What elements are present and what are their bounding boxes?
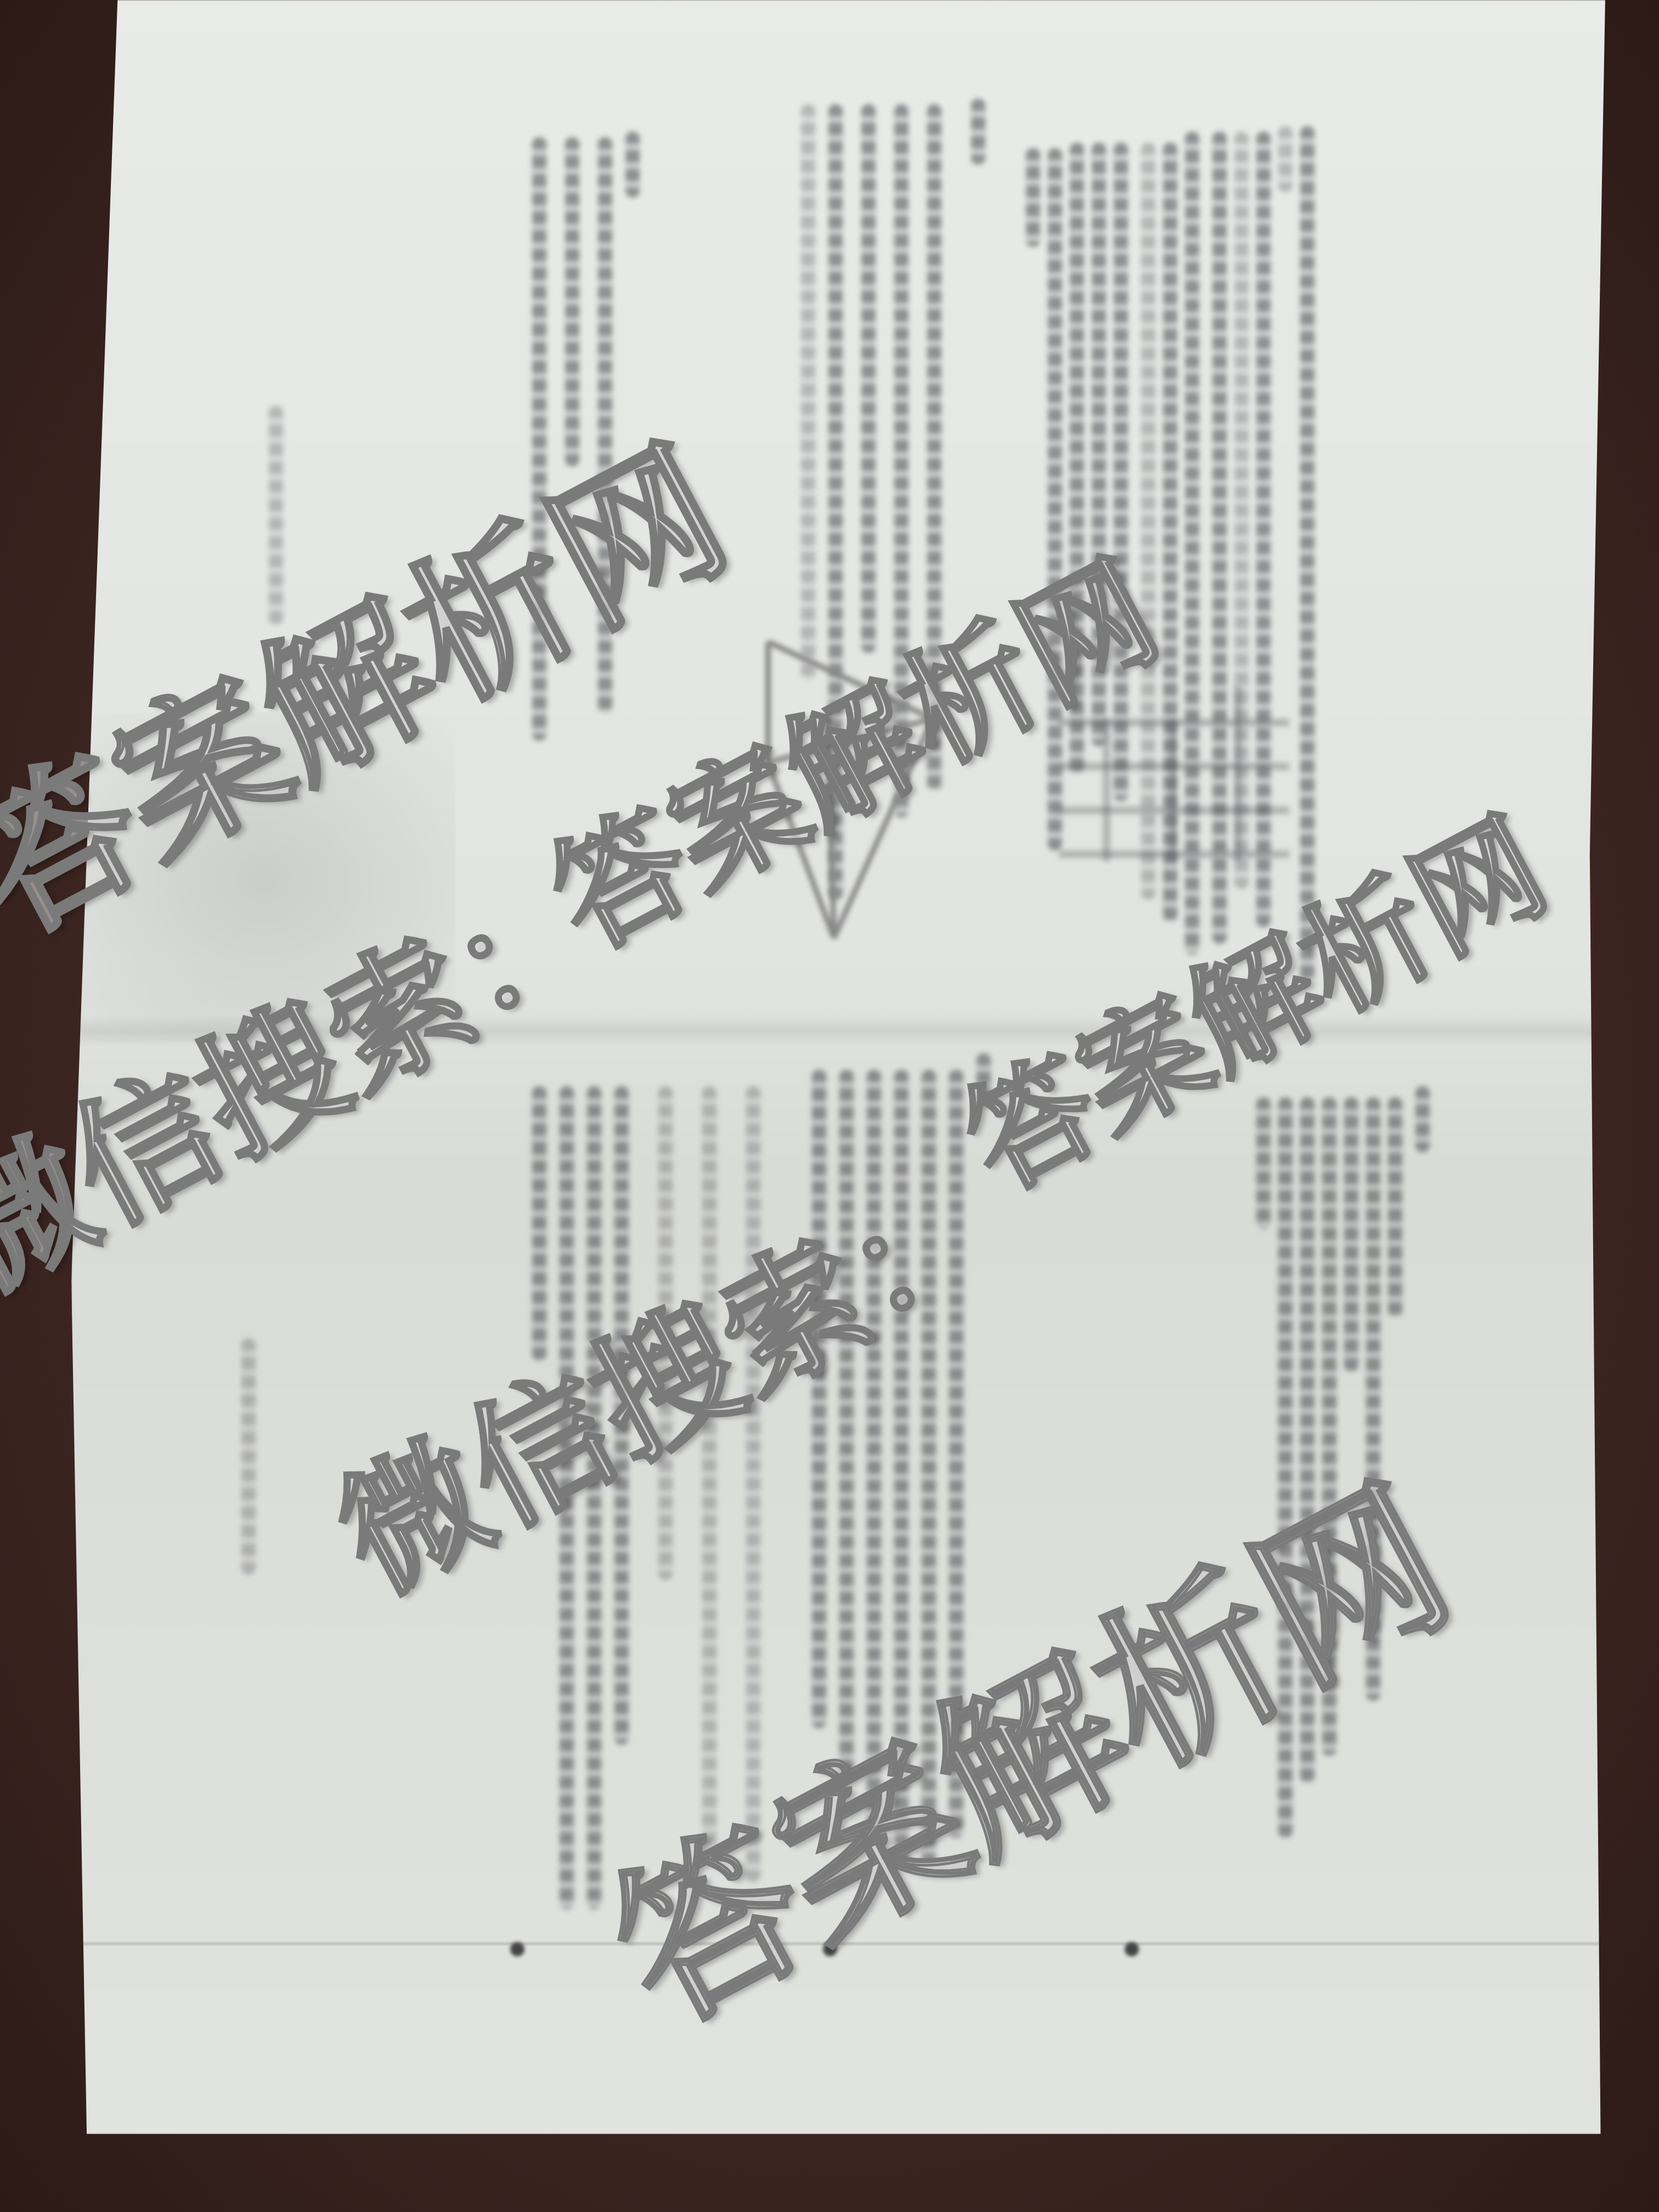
text-line [1278,126,1293,192]
page-footer [241,1339,256,1575]
text-line [1300,126,1314,982]
text-line [1026,148,1040,247]
text-line [971,99,985,165]
text-line [1256,1097,1271,1229]
text-line [702,1086,716,1854]
text-line [1388,1097,1402,1317]
binding-mark [1125,1942,1139,1956]
text-line [1415,1086,1430,1152]
text-line [625,132,640,198]
text-line [801,104,815,680]
text-line [565,137,579,466]
text-line [861,104,876,653]
text-line [1344,1097,1358,1372]
binding-mark [510,1942,524,1956]
